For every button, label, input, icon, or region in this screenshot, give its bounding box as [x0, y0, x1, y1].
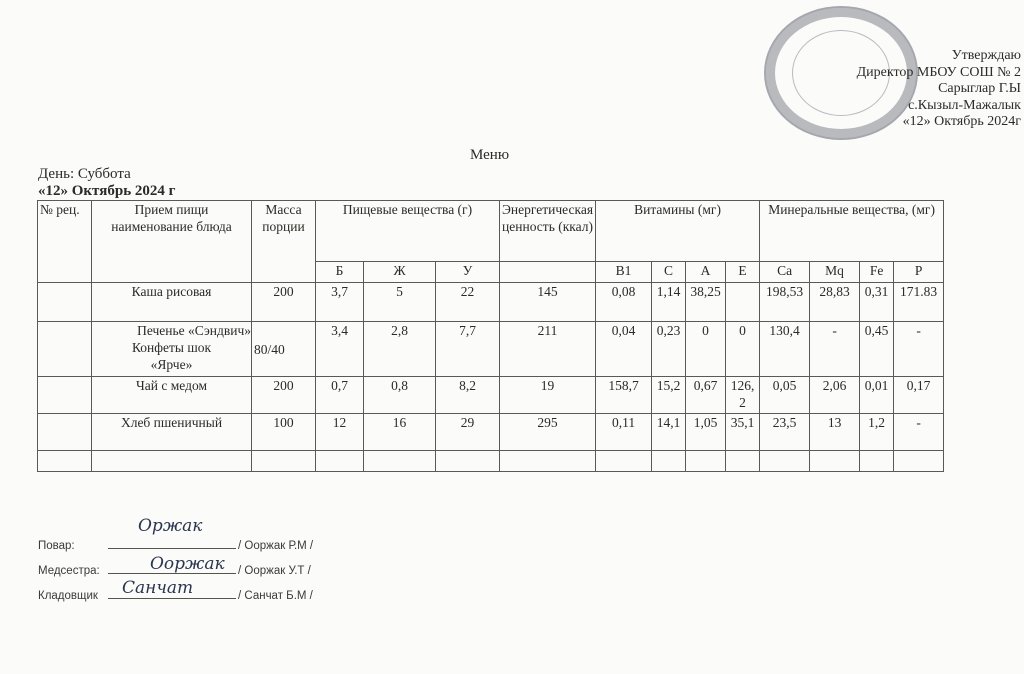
dish-line: Печенье «Сэндвич»: [92, 322, 251, 339]
cell-carbs: 22: [436, 283, 500, 322]
cell-c: 1,14: [652, 283, 686, 322]
cell-mq: 13: [810, 414, 860, 451]
cell-energy: 19: [500, 377, 596, 414]
cell-protein: 12: [316, 414, 364, 451]
cell-protein: 0,7: [316, 377, 364, 414]
approval-line: Утверждаю: [794, 48, 1021, 65]
cell-energy: 211: [500, 322, 596, 377]
subheader-c: С: [652, 262, 686, 283]
dish-line: «Ярче»: [92, 356, 251, 373]
cell-mq: 2,06: [810, 377, 860, 414]
cell-p: 0,17: [894, 377, 944, 414]
cell-mass: 200: [252, 283, 316, 322]
header-portion-mass: Масса порции: [252, 201, 316, 283]
cell-b1: 0,08: [596, 283, 652, 322]
cell-dish-name: Чай с медом: [92, 377, 252, 414]
cell-empty: [596, 451, 652, 472]
cell-empty: [652, 451, 686, 472]
subheader-b1: В1: [596, 262, 652, 283]
subheader-zh: Ж: [364, 262, 436, 283]
cell-empty: [860, 451, 894, 472]
cell-e: 0: [726, 322, 760, 377]
subheader-e: Е: [726, 262, 760, 283]
cell-empty: [364, 451, 436, 472]
approval-line: «12» Октябрь 2024г: [794, 114, 1021, 131]
dish-line: Конфеты шок: [92, 339, 251, 356]
cell-b1: 0,11: [596, 414, 652, 451]
page-title: Меню: [470, 147, 509, 164]
cell-p: -: [894, 322, 944, 377]
cell-c: 15,2: [652, 377, 686, 414]
cell-empty: [686, 451, 726, 472]
cell-b1: 158,7: [596, 377, 652, 414]
cell-mass: 100: [252, 414, 316, 451]
cell-empty: [316, 451, 364, 472]
cell-carbs: 29: [436, 414, 500, 451]
cell-b1: 0,04: [596, 322, 652, 377]
cell-mq: -: [810, 322, 860, 377]
signature-role-cook: Повар:: [38, 540, 75, 552]
cell-recipe: [38, 377, 92, 414]
signature-scribble-storekeeper: Санчат: [122, 578, 193, 598]
cell-carbs: 7,7: [436, 322, 500, 377]
subheader-u: У: [436, 262, 500, 283]
header-recipe-no: № рец.: [38, 201, 92, 283]
subheader-a: А: [686, 262, 726, 283]
header-minerals: Минеральные вещества, (мг): [760, 201, 944, 262]
cell-fe: 1,2: [860, 414, 894, 451]
table-row: Печенье «Сэндвич» Конфеты шок «Ярче» 80/…: [38, 322, 944, 377]
signature-scribble-nurse: Ооржак: [150, 554, 225, 574]
table-row-empty: [38, 451, 944, 472]
cell-protein: 3,4: [316, 322, 364, 377]
cell-empty: [810, 451, 860, 472]
cell-fat: 0,8: [364, 377, 436, 414]
cell-fat: 2,8: [364, 322, 436, 377]
header-meal-name: Прием пищи наименование блюда: [92, 201, 252, 283]
cell-dish-name: Хлеб пшеничный: [92, 414, 252, 451]
cell-carbs: 8,2: [436, 377, 500, 414]
cell-p: 171.83: [894, 283, 944, 322]
cell-recipe: [38, 322, 92, 377]
date-label: «12» Октябрь 2024 г: [38, 183, 175, 200]
cell-a: 1,05: [686, 414, 726, 451]
cell-c: 0,23: [652, 322, 686, 377]
subheader-mq: Mq: [810, 262, 860, 283]
cell-p: -: [894, 414, 944, 451]
cell-empty: [760, 451, 810, 472]
signature-scribble-cook: Оржак: [138, 516, 202, 536]
cell-dish-name: Каша рисовая: [92, 283, 252, 322]
subheader-energy: [500, 262, 596, 283]
cell-empty: [252, 451, 316, 472]
table-row: Чай с медом 200 0,7 0,8 8,2 19 158,7 15,…: [38, 377, 944, 414]
header-vitamins: Витамины (мг): [596, 201, 760, 262]
signature-role-storekeeper: Кладовщик: [38, 590, 98, 602]
cell-ca: 198,53: [760, 283, 810, 322]
cell-ca: 0,05: [760, 377, 810, 414]
subheader-fe: Fe: [860, 262, 894, 283]
cell-e: 126,2: [726, 377, 760, 414]
cell-mass: 80/40: [252, 322, 316, 377]
cell-mass: 200: [252, 377, 316, 414]
day-label: День: Суббота: [38, 166, 131, 183]
approval-block: Утверждаю Директор МБОУ СОШ № 2 Сарыглар…: [794, 48, 1024, 131]
table-row: Каша рисовая 200 3,7 5 22 145 0,08 1,14 …: [38, 283, 944, 322]
cell-mq: 28,83: [810, 283, 860, 322]
subheader-p: Р: [894, 262, 944, 283]
table-header-row: № рец. Прием пищи наименование блюда Мас…: [38, 201, 944, 262]
cell-energy: 145: [500, 283, 596, 322]
cell-a: 0: [686, 322, 726, 377]
cell-dish-name: Печенье «Сэндвич» Конфеты шок «Ярче»: [92, 322, 252, 377]
header-energy: Энергетическая ценность (ккал): [500, 201, 596, 262]
cell-a: 38,25: [686, 283, 726, 322]
cell-empty: [726, 451, 760, 472]
cell-protein: 3,7: [316, 283, 364, 322]
cell-ca: 23,5: [760, 414, 810, 451]
cell-c: 14,1: [652, 414, 686, 451]
cell-empty: [436, 451, 500, 472]
signature-name-nurse: / Ооржак У.Т /: [238, 565, 311, 577]
cell-empty: [92, 451, 252, 472]
cell-empty: [894, 451, 944, 472]
cell-empty: [38, 451, 92, 472]
cell-fat: 16: [364, 414, 436, 451]
subheader-b: Б: [316, 262, 364, 283]
cell-fe: 0,01: [860, 377, 894, 414]
cell-empty: [500, 451, 596, 472]
cell-fe: 0,45: [860, 322, 894, 377]
signature-role-nurse: Медсестра:: [38, 565, 100, 577]
cell-recipe: [38, 283, 92, 322]
cell-e: [726, 283, 760, 322]
approval-line: Сарыглар Г.Ы: [794, 81, 1021, 98]
menu-table: № рец. Прием пищи наименование блюда Мас…: [37, 200, 944, 472]
cell-recipe: [38, 414, 92, 451]
signature-name-cook: / Ооржак Р.М /: [238, 540, 313, 552]
signature-name-storekeeper: / Санчат Б.М /: [238, 590, 313, 602]
approval-line: Директор МБОУ СОШ № 2: [794, 65, 1021, 82]
cell-e: 35,1: [726, 414, 760, 451]
subheader-ca: Са: [760, 262, 810, 283]
cell-a: 0,67: [686, 377, 726, 414]
approval-line: с.Кызыл-Мажалык: [794, 98, 1021, 115]
cell-fat: 5: [364, 283, 436, 322]
table-row: Хлеб пшеничный 100 12 16 29 295 0,11 14,…: [38, 414, 944, 451]
cell-fe: 0,31: [860, 283, 894, 322]
cell-energy: 295: [500, 414, 596, 451]
cell-ca: 130,4: [760, 322, 810, 377]
header-nutrients: Пищевые вещества (г): [316, 201, 500, 262]
